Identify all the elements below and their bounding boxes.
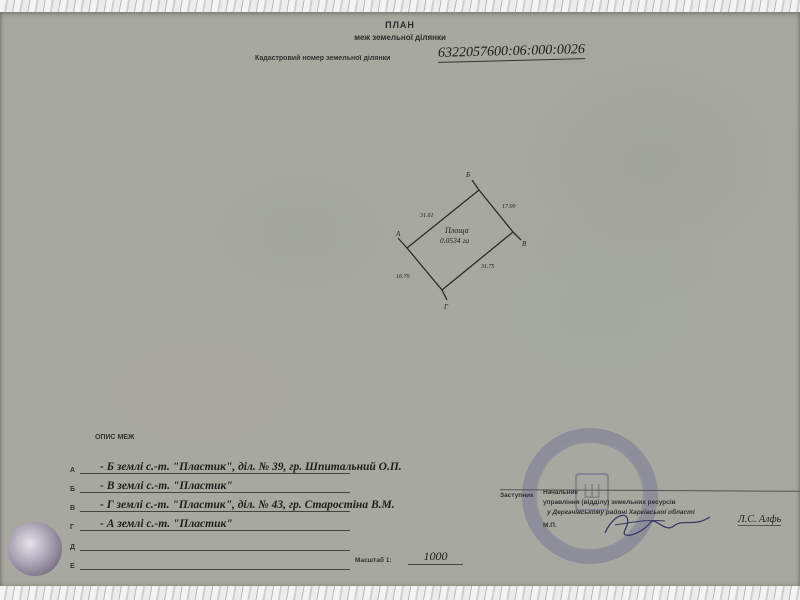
side-length-v-g: 31.75 [480,264,495,270]
border-letter: В [70,505,75,512]
stamp-place-mark: М.П. [543,522,557,529]
position-prefix: Заступник [500,492,533,499]
border-description: - А землі с.-т. "Пластик" [100,518,233,530]
point-label-b: Б [465,171,470,179]
border-underline [80,473,350,474]
border-letter: Г [70,524,74,531]
borders-title: ОПИС МЕЖ [95,434,134,441]
official-name: Л.С. Алфь [738,514,781,526]
scale-value: 1000 [408,549,463,565]
handwritten-signature [595,505,715,545]
border-letter: Д [70,544,75,551]
border-underline [80,492,350,493]
hologram-sticker [8,522,62,576]
border-underline [80,511,350,512]
point-label-g: Г [443,303,449,311]
point-label-v: В [522,240,527,248]
torn-edge-bottom [0,586,800,600]
side-length-g-a: 16.70 [396,274,410,280]
side-length-b-v: 17.00 [502,204,516,210]
position-line-1: Начальник [543,489,578,496]
border-underline [80,550,350,551]
side-length-a-b: 31.61 [419,213,434,219]
border-description: - В землі с.-т. "Пластик" [100,480,233,492]
point-label-a: А [395,230,401,238]
border-description: - Г землі с.-т. "Пластик", діл. № 43, гр… [100,499,395,511]
area-label: Площа [444,226,469,235]
border-underline [80,569,350,570]
scale-label: Масштаб 1: [355,557,392,564]
border-letter: Б [70,486,75,493]
border-underline [80,530,350,531]
area-value: 0.0534 га [440,236,469,245]
border-description: - Б землі с.-т. "Пластик", діл. № 39, гр… [100,461,402,473]
border-letter: А [70,467,75,474]
border-letter: Е [70,563,75,570]
